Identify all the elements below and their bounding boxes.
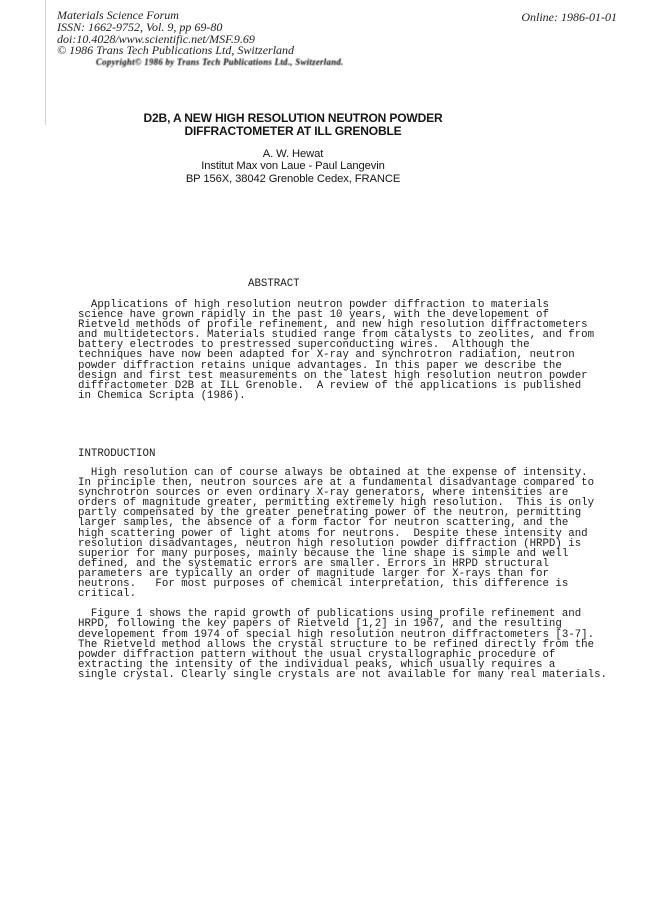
author-name: A. W. Hewat xyxy=(63,148,523,160)
abstract-text: Applications of high resolution neutron … xyxy=(78,300,643,401)
scanned-paper-page: Materials Science Forum ISSN: 1662-9752,… xyxy=(0,0,650,920)
author-address: BP 156X, 38042 Grenoble Cedex, FRANCE xyxy=(63,173,523,185)
publisher-header: Materials Science Forum ISSN: 1662-9752,… xyxy=(57,10,294,57)
online-date: Online: 1986-01-01 xyxy=(521,10,617,25)
article-title-block: D2B, A NEW HIGH RESOLUTION NEUTRON POWDE… xyxy=(63,112,523,185)
introduction-heading: INTRODUCTION xyxy=(78,449,155,459)
abstract-heading: ABSTRACT xyxy=(248,279,300,289)
author-affiliation: Institut Max von Laue - Paul Langevin xyxy=(63,160,523,172)
scan-artifact-vertical-line xyxy=(45,0,46,125)
publisher-copyright-line: © 1986 Trans Tech Publications Ltd, Swit… xyxy=(57,45,294,57)
author-block: A. W. Hewat Institut Max von Laue - Paul… xyxy=(63,148,523,185)
scanned-copyright-stamp: Copyright© 1986 by Trans Tech Publicatio… xyxy=(96,57,344,67)
introduction-text: High resolution can of course always be … xyxy=(78,468,643,680)
article-title-line-2: DIFFRACTOMETER AT ILL GRENOBLE xyxy=(63,125,523,138)
